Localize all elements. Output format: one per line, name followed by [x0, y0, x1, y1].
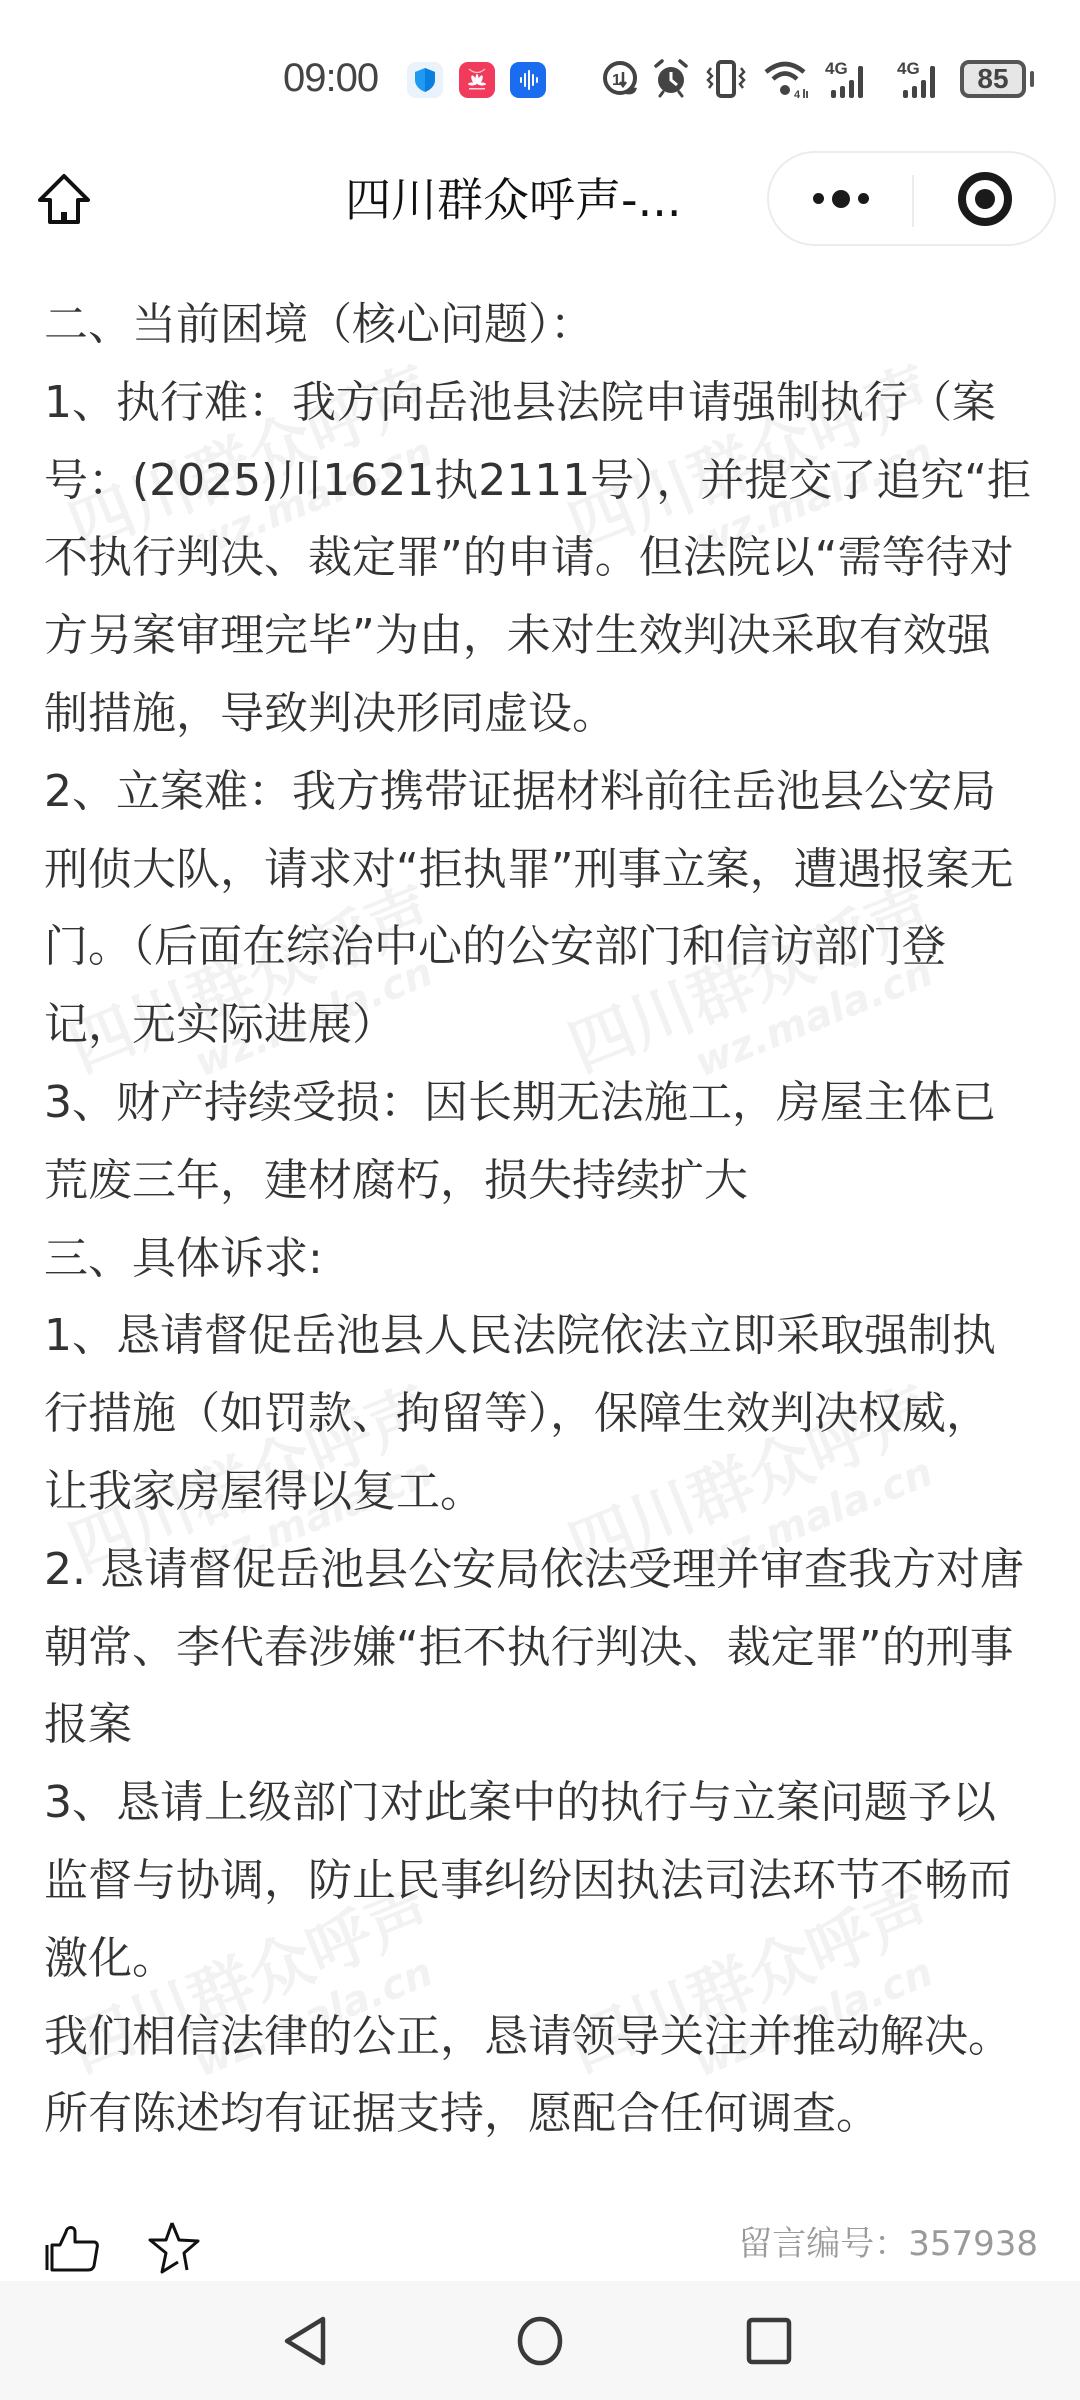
signal-4g-sim1-icon: 4G — [825, 58, 875, 100]
capsule-menu — [767, 151, 1056, 246]
system-nav-bar — [0, 2281, 1080, 2400]
thumbs-up-icon — [44, 2220, 102, 2278]
text-line: 方另案审理完毕”为由，未对生效判决采取有效强 — [44, 597, 1054, 675]
voice-recorder-icon — [510, 62, 546, 98]
data-saver-icon: 1 — [601, 58, 639, 100]
svg-text:4: 4 — [794, 89, 801, 100]
text-line: 制措施，导致判决形同虚设。 — [44, 675, 1054, 753]
text-line: 号：(2025)川1621执2111号），并提交了追究“拒 — [44, 442, 1054, 520]
home-nav-button[interactable] — [508, 2311, 572, 2371]
svg-text:4G: 4G — [825, 59, 848, 78]
more-dots-icon-center — [832, 190, 850, 208]
svg-text:1: 1 — [612, 72, 621, 89]
shield-security-icon — [407, 62, 443, 98]
text-line: 所有陈述均有证据支持，愿配合任何调查。 — [44, 2075, 1054, 2153]
more-dots-icon — [813, 193, 824, 204]
star-icon — [142, 2218, 202, 2278]
favorite-button[interactable] — [142, 2218, 202, 2278]
home-button[interactable] — [34, 170, 94, 230]
status-bar: 09:00 1 4 4G 4G 85 — [0, 0, 1080, 150]
home-icon — [34, 170, 94, 230]
battery-tip — [1030, 71, 1034, 87]
target-close-icon — [958, 172, 1012, 226]
text-line: 我们相信法律的公正，恳请领导关注并推动解决。 — [44, 1998, 1054, 2076]
message-actions: 留言编号：357938 — [0, 2210, 1080, 2280]
message-id: 留言编号：357938 — [738, 2222, 1038, 2266]
text-line: 3、恳请上级部门对此案中的执行与立案问题予以 — [44, 1764, 1054, 1842]
text-line: 门。（后面在综治中心的公安部门和信访部门登 — [44, 908, 1054, 986]
more-button[interactable] — [769, 153, 912, 244]
back-triangle-icon — [275, 2311, 339, 2371]
text-line: 记，无实际进展） — [44, 986, 1054, 1064]
wifi-icon: 4 — [763, 58, 811, 100]
mini-program-header: 四川群众呼声-... — [0, 150, 1080, 250]
huawei-appgallery-icon — [459, 62, 495, 98]
text-line: 2. 恳请督促岳池县公安局依法受理并审查我方对唐 — [44, 1531, 1054, 1609]
home-circle-icon — [508, 2311, 572, 2371]
text-line: 激化。 — [44, 1920, 1054, 1998]
text-line: 监督与协调，防止民事纠纷因执法司法环节不畅而 — [44, 1842, 1054, 1920]
battery-indicator: 85 — [960, 60, 1026, 98]
message-body: 二、当前困境（核心问题）： 1、执行难：我方向岳池县法院申请强制执行（案 号：(… — [44, 286, 1054, 2153]
text-line: 2、立案难：我方携带证据材料前往岳池县公安局 — [44, 753, 1054, 831]
alarm-icon — [652, 58, 690, 100]
page-title: 四川群众呼声-... — [345, 172, 745, 228]
vibrate-icon — [705, 58, 747, 100]
status-time: 09:00 — [283, 55, 378, 101]
text-line: 1、恳请督促岳池县人民法院依法立即采取强制执 — [44, 1297, 1054, 1375]
recents-square-icon — [737, 2311, 801, 2371]
text-line: 行措施（如罚款、拘留等），保障生效判决权威， — [44, 1375, 1054, 1453]
more-dots-icon-right — [858, 193, 869, 204]
text-line: 刑侦大队，请求对“拒执罪”刑事立案，遭遇报案无 — [44, 831, 1054, 909]
signal-4g-sim2-icon: 4G — [897, 58, 947, 100]
svg-text:4G: 4G — [897, 59, 920, 78]
text-line: 让我家房屋得以复工。 — [44, 1453, 1054, 1531]
back-button[interactable] — [275, 2311, 339, 2371]
like-button[interactable] — [44, 2220, 102, 2278]
close-button[interactable] — [914, 153, 1056, 244]
text-line: 报案 — [44, 1686, 1054, 1764]
recents-button[interactable] — [737, 2311, 801, 2371]
text-line: 二、当前困境（核心问题）： — [44, 286, 1054, 364]
text-line: 3、财产持续受损：因长期无法施工，房屋主体已 — [44, 1064, 1054, 1142]
text-line: 三、具体诉求: — [44, 1220, 1054, 1298]
text-line: 朝常、李代春涉嫌“拒不执行判决、裁定罪”的刑事 — [44, 1609, 1054, 1687]
text-line: 不执行判决、裁定罪”的申请。但法院以“需等待对 — [44, 519, 1054, 597]
text-line: 1、执行难：我方向岳池县法院申请强制执行（案 — [44, 364, 1054, 442]
text-line: 荒废三年，建材腐朽，损失持续扩大 — [44, 1142, 1054, 1220]
